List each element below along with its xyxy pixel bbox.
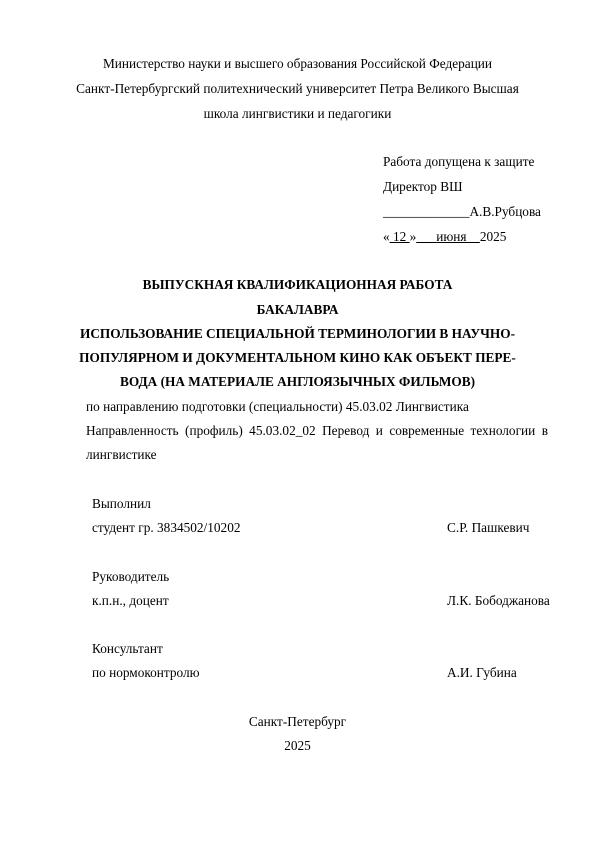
year: 2025 [0,738,595,754]
signature-blank: _____________ [383,204,469,219]
supervisor-role: Руководитель [92,569,169,585]
profile-word: Перевод [322,423,369,439]
direction-line: по направлению подготовки (специальности… [86,399,469,415]
topic-line3: ВОДА (НА МАТЕРИАЛЕ АНГЛОЯЗЫЧНЫХ ФИЛЬМОВ) [0,374,595,390]
date-day: 12 [390,229,410,244]
city: Санкт-Петербург [0,714,595,730]
supervisor-name: Л.К. Бободжанова [447,593,550,609]
work-type-line2: БАКАЛАВРА [0,302,595,318]
profile-word: Направленность [86,423,179,439]
profile-word: (профиль) [185,423,243,439]
student-position: студент гр. 3834502/10202 [92,520,241,536]
consultant-position: по нормоконтролю [92,665,200,681]
approval-date: « 12 » июня 2025 [383,229,506,245]
profile-line-end: лингвистике [86,447,157,463]
date-year: 2025 [480,229,507,244]
approval-text: Работа допущена к защите [383,154,534,170]
director-label: Директор ВШ [383,179,463,195]
student-role: Выполнил [92,496,151,512]
student-name: С.Р. Пашкевич [447,520,529,536]
university-line: Санкт-Петербургский политехнический унив… [0,81,595,97]
topic-line1: ИСПОЛЬЗОВАНИЕ СПЕЦИАЛЬНОЙ ТЕРМИНОЛОГИИ В… [0,326,595,342]
ministry-line: Министерство науки и высшего образования… [0,56,595,72]
consultant-name: А.И. Губина [447,665,517,681]
consultant-role: Консультант [92,641,163,657]
topic-line2: ПОПУЛЯРНОМ И ДОКУМЕНТАЛЬНОМ КИНО КАК ОБЪ… [0,350,595,366]
director-name: А.В.Рубцова [469,204,541,219]
quote-open: « [383,229,390,244]
profile-word: и [376,423,383,439]
profile-word: технологии [471,423,536,439]
profile-line: Направленность (профиль) 45.03.02_02 Пер… [86,423,548,439]
director-signature: _____________А.В.Рубцова [383,204,541,220]
work-type-line1: ВЫПУСКНАЯ КВАЛИФИКАЦИОННАЯ РАБОТА [0,277,595,293]
date-month-pre [416,229,436,244]
supervisor-position: к.п.н., доцент [92,593,169,609]
date-month: июня [436,229,466,244]
profile-word: 45.03.02_02 [249,423,315,439]
profile-word: современные [389,423,464,439]
school-line: школа лингвистики и педагогики [0,106,595,122]
profile-word: в [542,423,548,439]
date-month-post [467,229,480,244]
